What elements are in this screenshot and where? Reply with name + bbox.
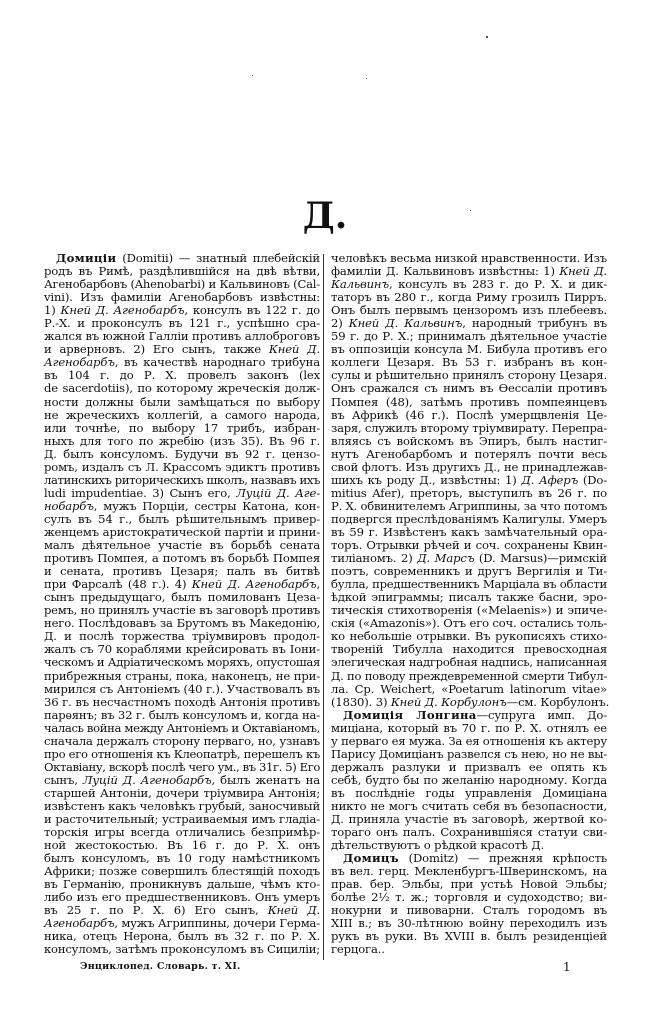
text-run: торскія игры всегда отличались безпримѣр… [44,825,320,839]
text-run: чалась война между Антоніемъ и Октавіано… [44,721,320,735]
text-run: , въ качествѣ народнаго трибуна [115,355,320,369]
italic-name: Кальвинъ [331,277,389,291]
italic-name: Кней Д. Агенобарбъ [192,577,317,591]
text-run: тораго онъ палъ. Сохранившіяся статуи св… [331,825,607,839]
text-run: родъ въ Римѣ, раздѣлившійся на двѣ вѣтви… [44,264,320,278]
text-run: либо изъ его предшественниковъ. Онъ умер… [44,890,320,904]
text-run: , [316,577,320,591]
text-run: 59 г. до Р. Х.; принималъ дѣятельное уча… [331,329,607,343]
text-run: прибрежныя страны, пока, наконецъ, не пр… [44,669,320,683]
text-run: въ оппозиціи консула М. Бибула противъ е… [331,342,607,356]
italic-name: Агенобарбъ [44,355,115,369]
text-run: и сената, противъ Цезаря; палъ въ битвѣ [44,564,320,578]
text-run: парѳянъ; въ 32 г. былъ консуломъ и, когд… [44,708,320,722]
text-run: Д. приняла участіе въ заговорѣ, жертвой … [331,812,607,826]
text-run: , мужъ Порціи, сестры Катона, кон- [94,499,320,513]
text-run: при Фарсалѣ (48 г.). 4) [44,577,192,591]
text-line: герцога.. [331,943,607,956]
right-text-column: человѣкъ весьма низкой нравственности. И… [331,252,607,957]
italic-name: нобарбъ [44,499,94,513]
text-run: шихъ къ роду Д., извѣстны: 1) [331,473,521,487]
text-run: ромъ, издалъ съ Л. Крассомъ эдиктъ проти… [44,460,320,474]
text-run: дѣтельствуютъ о рѣдкой красотѣ Д. [331,838,544,852]
text-run: себѣ, будто бы по желанію народному. Ког… [331,773,607,787]
text-run: держалъ разлуки и призвалъ ее опять къ [331,760,607,774]
italic-name: Кней Д. Кальвинъ [349,316,462,330]
text-run: у перваго ея мужа. За ея отношенія къ ак… [331,734,607,748]
page-number: 1 [563,960,571,974]
text-run: тиліаномъ. 2) [331,551,417,565]
text-run: въ Германію, проникнувъ дальше, чѣмъ кто… [44,877,320,891]
text-run: ludi impudentiae. 3) Сынъ его, [44,486,236,500]
text-run: 2) [331,316,349,330]
text-run: —супруга имп. До- [477,708,607,722]
text-run: миціана, который въ 70 г. по Р. Х. отнял… [331,721,607,735]
text-run: прав. бер. Эльбы, при устьѣ Новой Эльбы; [331,877,607,891]
text-run: ремъ, но принялъ участіе въ заговорѣ про… [44,603,320,617]
text-run: ности должны были замѣщаться по выбору [44,395,320,409]
text-run: Помпея (48), затѣмъ противъ помпеянцевъ [331,395,607,409]
text-run: сначала держалъ сторону перваго, но, узн… [44,734,320,748]
text-run: Онъ сражался съ нимъ въ Ѳессаліи противъ [331,381,607,395]
text-run: XIII в.; въ 30-лѣтнюю войну переходилъ и… [331,916,607,930]
text-run: и арверновъ. 2) Его сынъ, также [44,342,269,356]
text-run: латинскихъ риторическихъ школъ, назвавъ … [44,473,320,487]
text-run: vini). Изъ фамиліи Агенобарбовъ извѣстны… [44,290,320,304]
text-run: ческомъ и Адріатическомъ моряхъ, опустош… [44,655,320,669]
text-run: подвергся преслѣдованіямъ Калигулы. Умер… [331,512,607,526]
text-run: вляясь съ войскомъ въ Эпиръ, былъ настиг… [331,434,607,448]
text-run: сынъ предыдущаго, былъ помилованъ Цеза- [44,590,320,604]
text-run: ла. Ср. Weichert, «Poetarum latinorum vi… [331,682,607,696]
text-run: ныхъ для того по жребію (изъ 35). Въ 96 … [44,434,320,448]
entry-headword: Домицъ [343,851,399,865]
italic-name: Кней Д. Корбулонъ [391,695,507,709]
text-run: сулъ въ 54 г., былъ рѣшительнымъ привер- [44,512,320,526]
text-run: (D. Marsus)—римскій [474,551,607,565]
text-run: ной жестокостью. Въ 16 г. до Р. Х. онъ [44,838,320,852]
text-run: тическія стихотворенія («Melaenis») и эп… [331,603,607,617]
scan-speck [470,210,471,211]
text-run: женцемъ аристократической партіи и прини… [44,525,320,539]
text-run: (Domitii) — знатный плебейскій [116,251,320,265]
text-run: герцога.. [331,942,385,956]
section-letter-heading: Д. [300,196,350,236]
text-run: нутъ Агенобарбомъ и потерялъ почти весь [331,447,607,461]
column-divider [323,254,324,960]
text-run: рукъ въ руки. Въ XVIII в. былъ резиденці… [331,929,607,943]
text-run: (Domitz) — прежняя крѣпость [399,851,607,865]
text-run: элегическая надгробная надпись, написанн… [331,655,607,669]
italic-name: Агенобарбъ [44,916,114,930]
text-run: таторъ въ 280 г., когда Риму грозилъ Пир… [331,290,607,304]
scan-speck [366,78,367,79]
text-run: скія («Amazonis»). Отъ его соч. остались… [331,616,607,630]
text-run: , былъ женатъ на [212,773,320,787]
left-text-column: Домиціи (Domitii) — знатный плебейскійро… [44,252,320,957]
entry-headword: Домиція Лонгина [343,708,477,722]
text-run: (Do- [578,473,607,487]
text-line: консуломъ, затѣмъ проконсуломъ въ Сицилі… [44,943,320,956]
italic-name: Кней Д. [269,342,320,356]
text-run: ника, отецъ Нерона, былъ въ 32 г. по Р. … [44,929,320,943]
text-run: консуломъ, затѣмъ проконсуломъ въ Сицилі… [44,942,320,956]
text-run: малъ дѣятельное участіе въ борьбѣ сената [44,538,320,552]
text-run: 1) [44,303,61,317]
text-run: de sacerdotiis), по которому жреческія д… [44,381,320,395]
text-run: Африки; позже совершилъ блестящій походъ [44,864,320,878]
text-run: жался въ южной Галліи противъ аллоброгов… [44,329,320,343]
text-run: (1830). 3) [331,695,391,709]
text-run: , консулъ въ 122 г. до [184,303,320,317]
text-run: Д. и послѣ торжества тріумвировъ продол- [44,629,320,643]
scan-speck [486,36,488,38]
italic-name: Кней Д. [559,264,607,278]
text-run: твореній Тибулла находится превосходная [331,642,607,656]
text-run: сынъ, [44,773,83,787]
entry-headword: Домиціи [56,251,116,265]
text-run: Р.-Х. и проконсулъ въ 121 г., успѣшно ср… [44,316,320,330]
text-run: сулы и рѣшительно принялъ сторону Цезаря… [331,368,607,382]
italic-name: Луцій Д. Аге- [236,486,320,500]
text-run: , консулъ въ 283 г. до Р. Х. и дик- [389,277,607,291]
text-run: Д. по поводу преждевременной смерти Тибу… [331,669,607,683]
text-run: въ Африкѣ (46 г.). Послѣ умерщвленія Це- [331,408,607,422]
text-run: —см. Корбулонъ. [507,695,610,709]
text-run: фамиліи Д. Кальвиновъ извѣстны: 1) [331,264,559,278]
text-run: въ 104 г. до Р. Х. провелъ законъ (lex [44,368,320,382]
italic-name: Д. Аферъ [521,473,578,487]
text-run: Агенобарбовъ (Ahenobarbi) и Кальвиновъ (… [44,277,320,291]
scan-speck [252,75,253,76]
text-run: Октавіану, вскорѣ послѣ чего ум., въ 31г… [44,760,320,774]
italic-name: Д. Марсъ [417,551,474,565]
text-run: въ 59 г. Извѣстенъ какъ замѣчательный ор… [331,525,607,539]
italic-name: Луцій Д. Агенобарбъ [83,773,212,787]
text-run: никто не могъ считать себя въ безопаснос… [331,799,607,813]
text-run: заря, служилъ второму тріумвирату. Переп… [331,421,607,435]
text-run: торъ. Отрывки рѣчей и соч. сохранены Кви… [331,538,607,552]
text-run: про его отношенія къ Клеопатрѣ, перешелъ… [44,747,320,761]
text-run: и расточительный; устраиваемыя имъ гладі… [44,812,320,826]
text-run: , мужъ Агриппины, дочери Герма- [114,916,320,930]
text-run: въ послѣдніе годы управленія Домиціана [331,786,607,800]
text-run: 36 г. въ несчастномъ походѣ Антонія прот… [44,695,320,709]
text-run: Парису Домиціанъ развелся съ нею, но не … [331,747,607,761]
text-run: мирился съ Антоніемъ (40 г.). Участвовал… [44,682,320,696]
text-run: ѣдкой эпиграммы; писалъ также басни, эро… [331,590,607,604]
text-run: mitius Afer), преторъ, выступилъ въ 26 г… [331,486,607,500]
text-run: него. Послѣдовавъ за Брутомъ въ Македоні… [44,616,320,630]
text-run: не жреческихъ коллегій, а самого народа, [44,408,320,422]
text-run: свой флотъ. Изъ другихъ Д., не принадлеж… [331,460,607,474]
text-run: противъ Помпея, а потомъ въ борьбѣ Помпе… [44,551,320,565]
text-run: Р. Х. обвинителемъ Агриппины, за что пот… [331,499,607,513]
text-run: поэтъ, современникъ и другъ Вергилія и Т… [331,564,607,578]
text-run: булла, предшественникъ Марціала въ облас… [331,577,607,591]
text-run: , народный трибунъ въ [462,316,607,330]
text-run: ко небольшіе отрывки. Въ рукописяхъ стих… [331,629,607,643]
text-run: Д. былъ консуломъ. Будучи въ 92 г. цензо… [44,447,320,461]
text-run: болѣе 2½ т. ж.; торговля и судоходство; … [331,890,607,904]
footer-volume-title: Энциклопед. Словарь. т. XI. [80,961,241,972]
text-run: былъ консуломъ, въ 10 году намѣстникомъ [44,851,320,865]
italic-name: Кней Д. [268,903,320,917]
text-run: жалъ съ 70 кораблями крейсировать въ Іон… [44,642,320,656]
italic-name: Кней Д. Агенобарбъ [61,303,185,317]
text-run: коллеги Цезаря. Въ 53 г. избранъ въ кон- [331,355,607,369]
text-run: нокурни и пивоварни. Сталъ городомъ въ [331,903,607,917]
text-run: или точнѣе, по выбору 17 трибъ, избран- [44,421,320,435]
text-run: въ вел. герц. Мекленбургъ-Шверинскомъ, н… [331,864,607,878]
text-run: въ 25 г. по Р. Х. 6) Его сынъ, [44,903,268,917]
text-run: извѣстенъ какъ человѣкъ грубый, заносчив… [44,799,320,813]
text-run: человѣкъ весьма низкой нравственности. И… [331,251,607,265]
text-run: Онъ былъ первымъ цензоромъ изъ плебеевъ. [331,303,607,317]
text-run: старшей Антоніи, дочери тріумвира Антоні… [44,786,320,800]
